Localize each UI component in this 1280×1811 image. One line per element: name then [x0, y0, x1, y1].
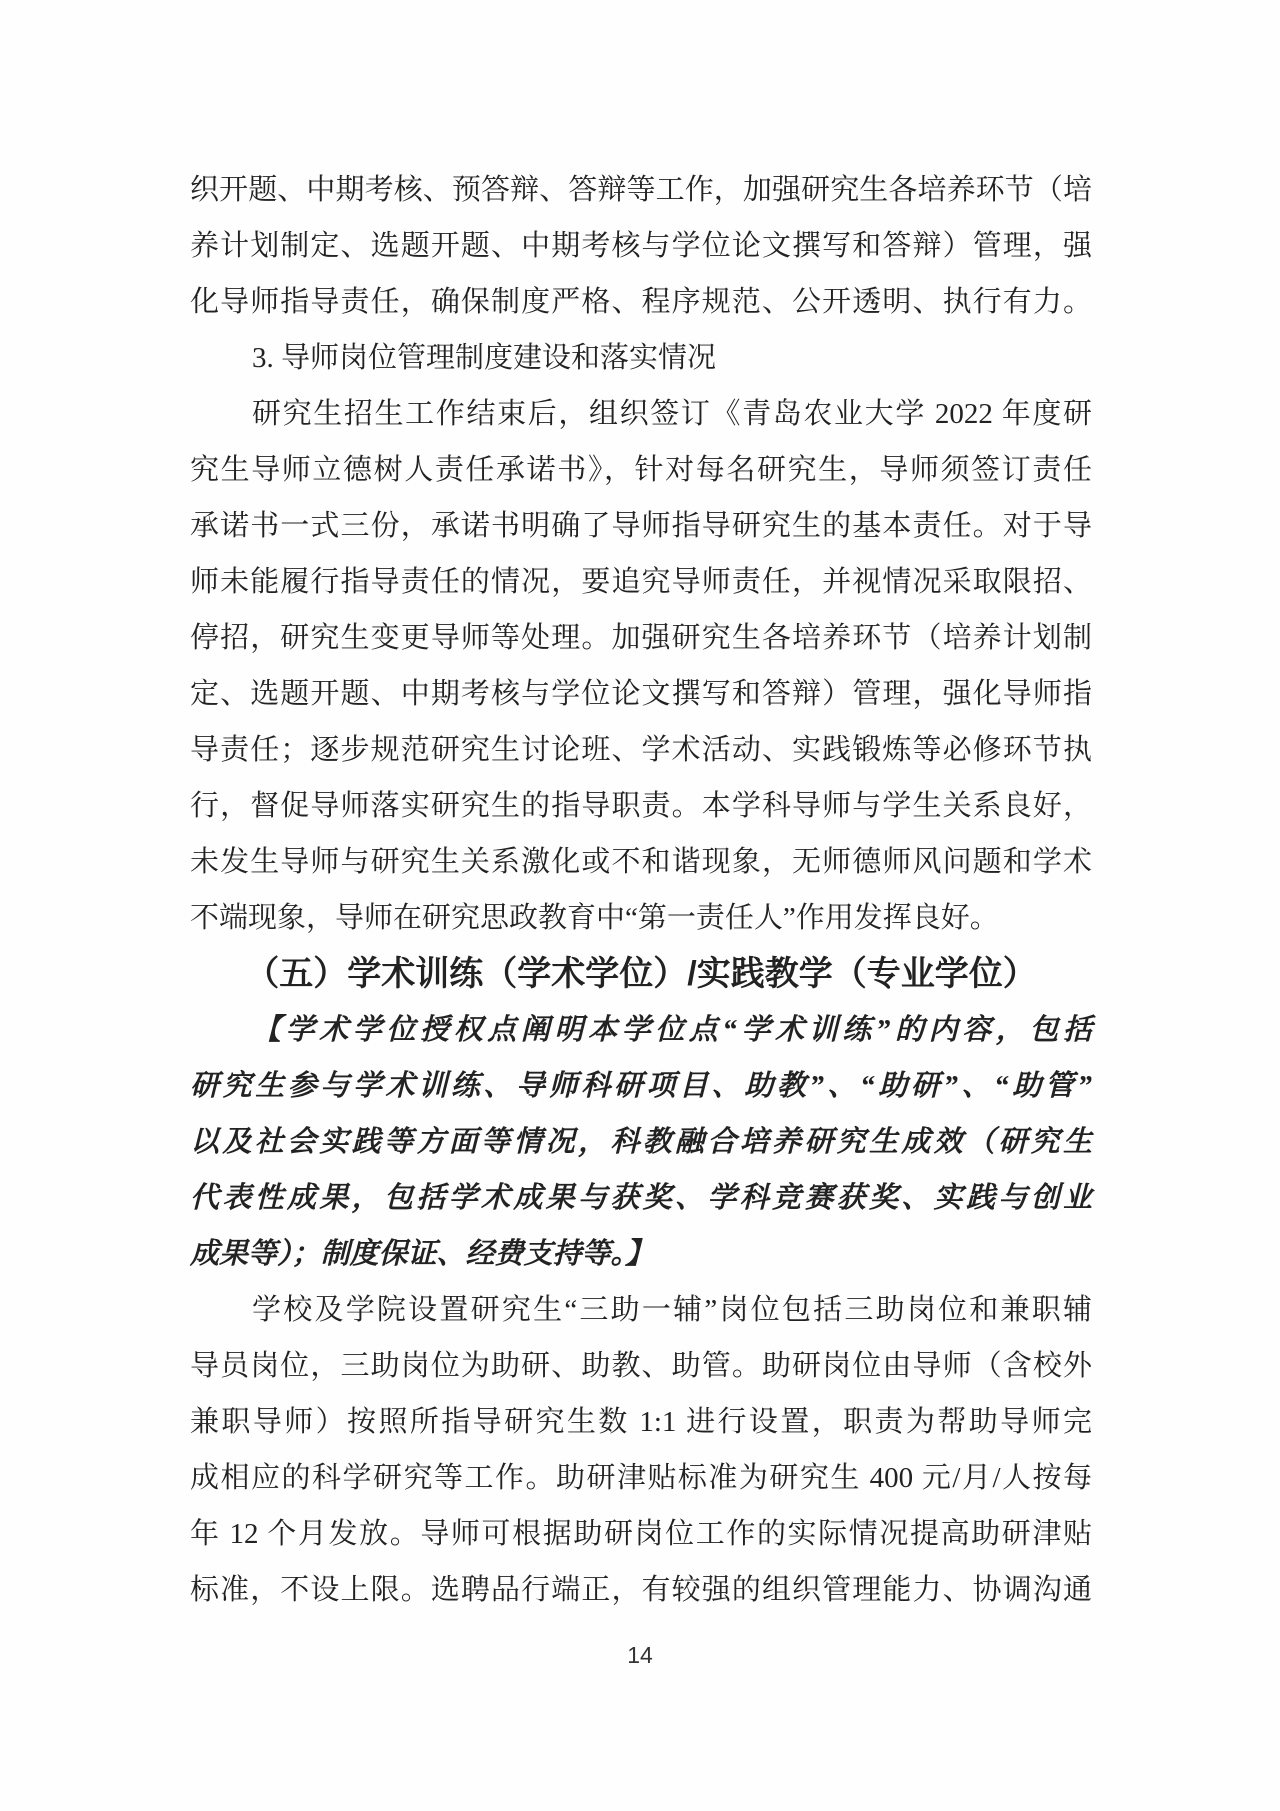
text-line: 未发生导师与研究生关系激化或不和谐现象，无师德师风问题和学术	[190, 834, 1092, 890]
text-line: 代表性成果，包括学术成果与获奖、学科竞赛获奖、实践与创业	[190, 1170, 1092, 1226]
text-line: 化导师指导责任，确保制度严格、程序规范、公开透明、执行有力。	[190, 274, 1092, 330]
text-line: 师未能履行指导责任的情况，要追究导师责任，并视情况采取限招、	[190, 554, 1092, 610]
text-line: 导责任；逐步规范研究生讨论班、学术活动、实践锻炼等必修环节执	[190, 722, 1092, 778]
text-line: 研究生参与学术训练、导师科研项目、助教”、“助研”、“助管”	[190, 1058, 1092, 1114]
text-line: 究生导师立德树人责任承诺书》，针对每名研究生，导师须签订责任	[190, 442, 1092, 498]
section-heading: （五）学术训练（学术学位）/实践教学（专业学位）	[190, 946, 1092, 1002]
text-line: 成相应的科学研究等工作。助研津贴标准为研究生 400 元/月/人按每	[190, 1450, 1092, 1506]
text-line: 研究生招生工作结束后，组织签订《青岛农业大学 2022 年度研	[190, 386, 1092, 442]
text-line: 3. 导师岗位管理制度建设和落实情况	[190, 330, 1092, 386]
text-line: 行，督促导师落实研究生的指导职责。本学科导师与学生关系良好，	[190, 778, 1092, 834]
text-line: 【学术学位授权点阐明本学位点“学术训练”的内容，包括	[190, 1002, 1092, 1058]
text-line: 标准，不设上限。选聘品行端正，有较强的组织管理能力、协调沟通	[190, 1562, 1092, 1618]
text-line: 以及社会实践等方面等情况，科教融合培养研究生成效（研究生	[190, 1114, 1092, 1170]
text-line: 学校及学院设置研究生“三助一辅”岗位包括三助岗位和兼职辅	[190, 1282, 1092, 1338]
text-line: 成果等）；制度保证、经费支持等。】	[190, 1226, 1092, 1282]
text-line: 不端现象，导师在研究思政教育中“第一责任人”作用发挥良好。	[190, 890, 1092, 946]
text-line: 年 12 个月发放。导师可根据助研岗位工作的实际情况提高助研津贴	[190, 1506, 1092, 1562]
text-line: 定、选题开题、中期考核与学位论文撰写和答辩）管理，强化导师指	[190, 666, 1092, 722]
document-page: 织开题、中期考核、预答辩、答辩等工作，加强研究生各培养环节（培养计划制定、选题开…	[0, 0, 1280, 1811]
text-line: 停招，研究生变更导师等处理。加强研究生各培养环节（培养计划制	[190, 610, 1092, 666]
text-line: 承诺书一式三份，承诺书明确了导师指导研究生的基本责任。对于导	[190, 498, 1092, 554]
text-line: 养计划制定、选题开题、中期考核与学位论文撰写和答辩）管理，强	[190, 218, 1092, 274]
text-line: 兼职导师）按照所指导研究生数 1:1 进行设置，职责为帮助导师完	[190, 1394, 1092, 1450]
text-line: 导员岗位，三助岗位为助研、助教、助管。助研岗位由导师（含校外	[190, 1338, 1092, 1394]
page-number: 14	[0, 1642, 1280, 1669]
page-content: 织开题、中期考核、预答辩、答辩等工作，加强研究生各培养环节（培养计划制定、选题开…	[190, 162, 1092, 1618]
text-line: 织开题、中期考核、预答辩、答辩等工作，加强研究生各培养环节（培	[190, 162, 1092, 218]
